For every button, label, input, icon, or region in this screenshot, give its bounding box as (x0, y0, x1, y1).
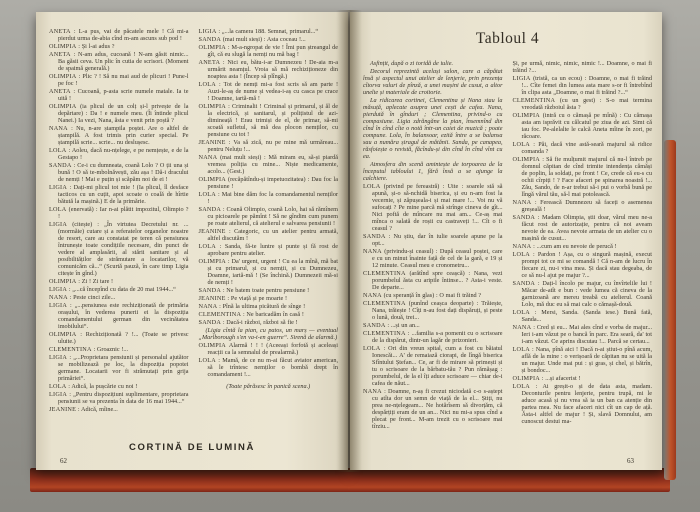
speaker-name: OLIMPIA (513, 112, 541, 119)
speaker-name: ANETA (49, 51, 71, 58)
dialogue-line: LIGIA : „...la camera 188. Semnat, prima… (199, 28, 339, 35)
dialogue-line: JEANINE : Adică, mîine... (49, 406, 189, 413)
dialogue-line: SANDA : Ce-i cu dumneata, coană Lolo ? O… (49, 162, 189, 183)
stage-direction: (Ligia cîntă la pian, cu patos, un marș … (199, 327, 339, 341)
speaker-name: CLEMENTINA (363, 300, 406, 307)
dialogue-line: NANA : Peste cinci zile... (49, 294, 189, 301)
speaker-name: LIGIA (49, 302, 67, 309)
speaker-name: JEANINE (49, 406, 76, 413)
dialogue-line: ANETA : Nici eu, bătu-i-ar Dumnezeu ! De… (199, 59, 339, 80)
dialogue-line: ANETA : N-am adus, cucoană ! N-am găsit … (49, 51, 189, 72)
speaker-name: OLIMPIA (49, 278, 77, 285)
dialogue-line: NANA (mai mult sieși) : Mă miram eu, să-… (199, 154, 339, 175)
dialogue-line: NANA : Doamne, n-aș fi crezut niciodată … (363, 388, 503, 430)
speaker-name: CLEMENTINA (363, 270, 406, 277)
dialogue-line: JEANINE : Pe viață și pe moarte ! (199, 295, 339, 302)
right-page-content: Tabloul 4 Asfințit, după o zi toridă de … (350, 12, 662, 431)
dialogue-line: LOLA (privind pe fereastră) : Uite : soa… (363, 183, 503, 232)
dialogue-line: OLIMPIA (ia plicul de un colț și-l prive… (49, 103, 189, 124)
speaker-name: CLEMENTINA (199, 311, 242, 318)
speaker-name: OLIMPIA (199, 103, 227, 110)
dialogue-line: NANA : Pînă la ultima picătură de sînge … (199, 303, 339, 310)
speaker-name: NANA (363, 388, 382, 395)
dialogue-line: LOLA : Ai greșit-o și de data asta, mada… (513, 383, 653, 425)
page-number-62: 62 (60, 457, 67, 465)
dialogue-line: JEANINE : Categoric, cu un atelier pentr… (199, 228, 339, 242)
dialogue-line: OLIMPIA : Să fie mulțumit majurul că nu-… (513, 156, 653, 198)
speaker-name: OLIMPIA (199, 342, 227, 349)
speaker-name: NANA (513, 243, 532, 250)
stage-direction: Decorul reprezintă același salon, care a… (363, 68, 503, 96)
speaker-name: JEANINE (199, 228, 226, 235)
stage-direction: Asfințit, după o zi toridă de iulie. (363, 60, 503, 67)
speaker-name: LIGIA (49, 221, 67, 228)
stage-direction: (Toate părăsesc în panică scena.) (199, 383, 339, 390)
speaker-name: NANA (363, 292, 382, 299)
dialogue-line: LIGIA : Dați-mi plicul tot mie ! (Ia pli… (49, 184, 189, 205)
curtain-of-light-caption: CORTINĂ DE LUMINĂ (36, 442, 348, 453)
dialogue-line: OLIMPIA : Plic ? ! Să nu mai aud de plic… (49, 73, 189, 87)
speaker-name: LOLA (363, 183, 381, 190)
speaker-name: SANDA (363, 322, 386, 329)
speaker-name: NANA (513, 324, 532, 331)
stage-direction: La ridicarea cortinei, Clementina și Nan… (363, 97, 503, 160)
speaker-name: LOLA (513, 309, 531, 316)
speaker-name: LOLA (363, 345, 381, 352)
dialogue-line: CLEMENTINA : Ne baricadăm în casă ! (199, 311, 339, 318)
dialogue-line: OLIMPIA (intră cu o cămașă pe mînă) : Cu… (513, 112, 653, 140)
speaker-name: LOLA (513, 346, 531, 353)
dialogue-line: OLIMPIA Alarmă ! ! ! (Aceeași forfotă și… (199, 342, 339, 356)
speaker-name: LIGIA (49, 184, 67, 191)
dialogue-line: SANDA : Dacă-i război, război să fie ! (199, 319, 339, 326)
book-cover-right-edge (664, 140, 676, 480)
speaker-name: LOLA (513, 383, 531, 390)
speaker-name: OLIMPIA (513, 156, 541, 163)
speaker-name: LOLA (513, 141, 531, 148)
speaker-name: JEANINE (199, 295, 226, 302)
speaker-name: LOLA (199, 357, 217, 364)
speaker-name: NANA (199, 154, 218, 161)
left-page-content: ANETA : L-a pus, vai de păcatele mele ! … (36, 12, 348, 414)
speaker-name: LIGIA (49, 286, 67, 293)
speaker-name: NANA (199, 303, 218, 310)
dialogue-line: SANDA : ...și un an... (363, 322, 503, 329)
scene-heading: Tabloul 4 (363, 30, 652, 48)
speaker-name: OLIMPIA (199, 258, 227, 265)
dialogue-line: NANA : Ferească Dumnezeu să faceți o ase… (513, 199, 653, 213)
speaker-name: OLIMPIA (513, 375, 541, 382)
speaker-name: SANDA (49, 162, 72, 169)
dialogue-line: LOLA : Mersi, Sanda. (Sanda iese.) Bună … (513, 309, 653, 323)
left-page-column-1: ANETA : L-a pus, vai de păcatele mele ! … (49, 28, 189, 414)
right-page-column-2: Și, pe urmă, nimic, nimic, nimic !... Do… (513, 60, 653, 431)
dialogue-line: SANDA : Ne batem toate pentru pensiune ! (199, 287, 339, 294)
dialogue-line: LIGIA : „...că începînd cu data de 20 ma… (49, 286, 189, 293)
dialogue-line: LOLA : Mamă, de ce nu m-ai făcut aviator… (199, 357, 339, 378)
speaker-name: ANETA (199, 59, 221, 66)
dialogue-line: ANETA : Cucoană, p-asta scrie numele mat… (49, 88, 189, 102)
dialogue-line: OLIMPIA : Zi ! Zi tare ! (49, 278, 189, 285)
speaker-name: OLIMPIA (49, 73, 77, 80)
left-page: ANETA : L-a pus, vai de păcatele mele ! … (36, 12, 348, 470)
dialogue-line: JEANINE : Va să zică, nu pe mine mă urmă… (199, 139, 339, 153)
speaker-name: LOLA (49, 383, 67, 390)
dialogue-line: LIGIA : „...Proprietara pensiunii și per… (49, 354, 189, 382)
dialogue-line: SANDA : Dați-l încolo pe majur, cu învîr… (513, 280, 653, 308)
dialogue-line: NANA : Nu, n-are ștampila poștei. Are o … (49, 125, 189, 146)
dialogue-line: LOLA : Nana, pînă aici ! Dacă n-ai știut… (513, 346, 653, 374)
dialogue-line: LIGIA (tristă, ca un ecou) : Doamne, o m… (513, 75, 653, 96)
speaker-name: CLEMENTINA (49, 346, 92, 353)
speaker-name: LIGIA (513, 75, 531, 82)
speaker-name: LOLA (199, 243, 217, 250)
right-page-column-1: Asfințit, după o zi toridă de iulie.Deco… (363, 60, 503, 431)
speaker-name: LIGIA (49, 391, 67, 398)
dialogue-line: LOLA : Sanda, fă-te luntre și punte și f… (199, 243, 339, 257)
speaker-name: SANDA (363, 233, 386, 240)
speaker-name: CLEMENTINA (363, 330, 406, 337)
speaker-name: LOLA (199, 191, 217, 198)
right-page: Tabloul 4 Asfințit, după o zi toridă de … (350, 12, 662, 470)
dialogue-line: NANA : Cred și eu... Mai ales cînd e vor… (513, 324, 653, 345)
dialogue-line: LIGIA (citește) : „În virtutea Decretulu… (49, 221, 189, 277)
dialogue-line: OLIMPIA : ...și afacerist ! (513, 375, 653, 382)
speaker-name: NANA (49, 294, 68, 301)
dialogue-line: NANA (privindu-și ceasul) : După ceasul … (363, 248, 503, 269)
dialogue-line: LOLA : Aoleu, dacă nu-nțelege, e pe nemț… (49, 147, 189, 161)
speaker-name: SANDA (513, 280, 536, 287)
dialogue-line: OLIMPIA : Da' urgent, urgent ! Cu ea la … (199, 258, 339, 286)
dialogue-line: OLIMPIA : Și l-ai adus ? (49, 43, 189, 50)
speaker-name: NANA (363, 248, 382, 255)
speaker-name: SANDA (199, 206, 222, 213)
page-number-63: 63 (627, 457, 634, 465)
speaker-name: SANDA (513, 214, 536, 221)
left-page-column-2: LIGIA : „...la camera 188. Semnat, prima… (199, 28, 339, 414)
dialogue-line: CLEMENTINA (punînd ceașca deoparte) : Tr… (363, 300, 503, 321)
dialogue-line: SANDA (mai mult sieși) : Asta coceau !..… (199, 36, 339, 43)
speaker-name: OLIMPIA (199, 44, 227, 51)
dialogue-line: CLEMENTINA : Groaznic !... (49, 346, 189, 353)
dialogue-line: LOLA : Ori din vreun spital, cum a fost … (363, 345, 503, 387)
dialogue-line: LOLA : Mai bine dăm foc la comandamentul… (199, 191, 339, 205)
speaker-name: CLEMENTINA (513, 97, 556, 104)
stage-direction: Atmosfera din scenă amintește de torpoar… (363, 161, 503, 182)
speaker-name: NANA (513, 199, 532, 206)
speaker-name: SANDA (199, 319, 222, 326)
dialogue-line: SANDA : Nu știu, dar în iulie soarele ap… (363, 233, 503, 247)
dialogue-line: OLIMPIA : Criminalii ! Criminal și prima… (199, 103, 339, 138)
book-photo: ANETA : L-a pus, vai de păcatele mele ! … (0, 0, 700, 512)
dialogue-line: LOLA : Păi, dacă vine astă-seară majurul… (513, 141, 653, 155)
speaker-name: JEANINE (199, 139, 226, 146)
speaker-name: LOLA (513, 251, 531, 258)
dialogue-line: LIGIA : „...pensiunea este rechiziționat… (49, 302, 189, 330)
speaker-name: LOLA (49, 147, 67, 154)
dialogue-line: LIGIA : „Pentru dispozițiuni suplimentar… (49, 391, 189, 405)
dialogue-line: LOLA : Adică, la pușcărie cu noi ! (49, 383, 189, 390)
dialogue-line: NANA (cu speranță în glas) : O mai fi tr… (363, 292, 503, 299)
speaker-name: ANETA (49, 88, 71, 95)
speaker-name: SANDA (199, 287, 222, 294)
dialogue-line: OLIMPIA : M-a-ngropat de vie ! Îmi pun ș… (199, 44, 339, 58)
speaker-name: SANDA (199, 36, 222, 43)
dialogue-line: LOLA : Tot de nemți mi-a fost scris să a… (199, 81, 339, 102)
speaker-name: LOLA (199, 81, 217, 88)
speaker-name: LOLA (49, 206, 67, 213)
dialogue-line: OLIMPIA (recăpătîndu-și impetuozitatea) … (199, 176, 339, 190)
speaker-name: OLIMPIA (199, 176, 227, 183)
speaker-name: OLIMPIA (49, 43, 77, 50)
dialogue-line: ANETA : L-a pus, vai de păcatele mele ! … (49, 28, 189, 42)
speaker-name: OLIMPIA (49, 103, 77, 110)
dialogue-line: SANDA : Madam Olimpia, știi doar, vărul … (513, 214, 653, 242)
dialogue-line: CLEMENTINA (cu un gest) : S-o mai termin… (513, 97, 653, 111)
speaker-name: LIGIA (49, 354, 67, 361)
dialogue-line: LOLA : Pardon ! Așa, cu o singură mașină… (513, 251, 653, 279)
dialogue-line: CLEMENTINA (arătînd spre ceașcă) : Nana,… (363, 270, 503, 291)
speaker-name: LIGIA (199, 28, 217, 35)
dialogue-line: SANDA : Coană Olimpio, coană Lolo, hai s… (199, 206, 339, 227)
dialogue-line: OLIMPIA : Rechiziționată ? !... (Toate s… (49, 331, 189, 345)
speaker-name: ANETA (49, 28, 71, 35)
dialogue-line: CLEMENTINA : ...familia s-a pomenit cu o… (363, 330, 503, 344)
dialogue-line: NANA : ...cum am eu nevoie de perucă ! (513, 243, 653, 250)
stage-direction: Și, pe urmă, nimic, nimic, nimic !... Do… (513, 60, 653, 74)
dialogue-line: LOLA (enervată) : Iar n-ai plătit impozi… (49, 206, 189, 220)
speaker-name: OLIMPIA (49, 331, 77, 338)
book-gutter-shadow (336, 10, 362, 472)
speaker-name: NANA (49, 125, 68, 132)
